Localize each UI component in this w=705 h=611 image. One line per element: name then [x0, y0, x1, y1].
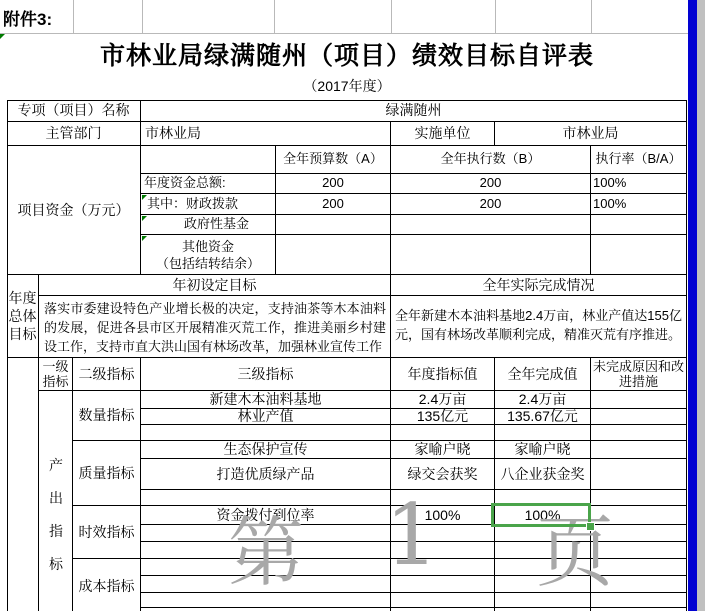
- indicator-name-cell[interactable]: 打造优质绿产品: [141, 459, 391, 490]
- cell-flag-icon: [0, 34, 5, 39]
- gridline: [391, 0, 392, 33]
- page-break-boundary[interactable]: [688, 0, 697, 611]
- funding-row-label-cell[interactable]: 其他资金 （包括结转结余）: [141, 235, 276, 275]
- page-subtitle-cell[interactable]: （2017年度）: [7, 76, 687, 96]
- project-name-label-cell[interactable]: 专项（项目）名称: [7, 100, 141, 122]
- gridline: [591, 0, 592, 33]
- indicator-name-cell[interactable]: 林业产值: [141, 409, 391, 425]
- initial-goal-text-cell[interactable]: 落实市委建设特色产业增长极的决定，支持油茶等木本油料的发展，促进各县市区开展精准…: [39, 296, 391, 358]
- indicator-done-cell[interactable]: 八企业获金奖: [495, 459, 591, 490]
- table-cell[interactable]: [591, 459, 687, 490]
- spreadsheet-page: { "page": { "attachment_label": "附件3:", …: [0, 0, 705, 611]
- cell-flag-icon: [142, 216, 147, 221]
- cell-flag-icon: [142, 195, 147, 200]
- indicator-group-cell[interactable]: 质量指标: [73, 441, 141, 506]
- outside-print-area: [697, 0, 705, 611]
- table-cell[interactable]: [591, 391, 687, 409]
- funding-row-label-cell[interactable]: 其中：财政拨款: [141, 194, 276, 215]
- actual-result-text-cell[interactable]: 全年新建木本油料基地2.4万亩，林业产值达155亿元，国有林场改革顺利完成，精准…: [391, 296, 687, 358]
- indicator-target-cell[interactable]: 家喻户晓: [391, 441, 495, 459]
- indicator-level1-cell[interactable]: 产出指标: [39, 391, 73, 611]
- indicator-reason-header-cell[interactable]: 未完成原因和改进措施: [591, 358, 687, 391]
- impl-label-cell[interactable]: 实施单位: [391, 122, 495, 146]
- attachment-label-cell[interactable]: 附件3:: [3, 5, 52, 30]
- funding-col-exec-cell[interactable]: 全年执行数（B）: [391, 146, 591, 174]
- table-cell[interactable]: [141, 146, 276, 174]
- gridline: [495, 0, 496, 33]
- annual-goal-section-cell[interactable]: 年度总体目标: [7, 275, 39, 358]
- indicator-done-cell[interactable]: 家喻户晓: [495, 441, 591, 459]
- watermark-char: 1: [385, 486, 438, 584]
- table-cell[interactable]: [495, 425, 591, 441]
- gridline: [0, 33, 688, 34]
- fill-handle[interactable]: [586, 522, 595, 531]
- dept-cell[interactable]: 市林业局: [141, 122, 391, 146]
- indicator-l2-header-cell[interactable]: 二级指标: [73, 358, 141, 391]
- indicator-done-cell[interactable]: 2.4万亩: [495, 391, 591, 409]
- table-cell[interactable]: [276, 215, 391, 235]
- table-cell[interactable]: [391, 593, 495, 608]
- indicator-l1-header-cell[interactable]: 一级指标: [39, 358, 73, 391]
- cell-flag-icon: [142, 236, 147, 241]
- funding-rate-cell[interactable]: 100%: [591, 194, 687, 215]
- table-cell[interactable]: [591, 441, 687, 459]
- selection-border[interactable]: [491, 503, 591, 527]
- indicator-group-cell[interactable]: 数量指标: [73, 391, 141, 441]
- funding-exec-cell[interactable]: 200: [391, 194, 591, 215]
- gridline: [142, 0, 143, 33]
- funding-col-budget-cell[interactable]: 全年预算数（A）: [276, 146, 391, 174]
- indicator-name-cell[interactable]: 生态保护宣传: [141, 441, 391, 459]
- indicator-name-cell[interactable]: 新建木本油料基地: [141, 391, 391, 409]
- table-cell[interactable]: [591, 425, 687, 441]
- project-name-cell[interactable]: 绿满随州: [141, 100, 687, 122]
- table-cell[interactable]: [591, 409, 687, 425]
- indicator-target-cell[interactable]: 2.4万亩: [391, 391, 495, 409]
- indicator-group-cell[interactable]: 成本指标: [73, 559, 141, 611]
- indicator-l3-header-cell[interactable]: 三级指标: [141, 358, 391, 391]
- impl-cell[interactable]: 市林业局: [495, 122, 687, 146]
- funding-col-rate-cell[interactable]: 执行率（B/A）: [591, 146, 687, 174]
- table-cell[interactable]: [591, 215, 687, 235]
- gridline: [274, 0, 275, 33]
- funding-exec-cell[interactable]: 200: [391, 174, 591, 194]
- table-cell[interactable]: [391, 425, 495, 441]
- dept-label-cell[interactable]: 主管部门: [7, 122, 141, 146]
- page-title-cell[interactable]: 市林业局绿满随州（项目）绩效目标自评表: [7, 36, 687, 72]
- indicator-done-cell[interactable]: 135.67亿元: [495, 409, 591, 425]
- watermark-char: 第: [228, 492, 304, 601]
- table-cell[interactable]: [7, 358, 39, 611]
- table-cell[interactable]: [276, 235, 391, 275]
- table-cell[interactable]: [391, 235, 591, 275]
- table-cell[interactable]: [591, 235, 687, 275]
- indicator-done-header-cell[interactable]: 全年完成值: [495, 358, 591, 391]
- funding-budget-cell[interactable]: 200: [276, 194, 391, 215]
- funding-rate-cell[interactable]: 100%: [591, 174, 687, 194]
- funding-row-label-cell[interactable]: 政府性基金: [141, 215, 276, 235]
- indicator-target-cell[interactable]: 135亿元: [391, 409, 495, 425]
- indicator-group-cell[interactable]: 时效指标: [73, 506, 141, 559]
- table-cell[interactable]: [141, 425, 391, 441]
- gridline: [73, 0, 74, 33]
- initial-goal-header-cell[interactable]: 年初设定目标: [39, 275, 391, 296]
- funding-section-label-cell[interactable]: 项目资金（万元）: [7, 146, 141, 275]
- funding-row-label-cell[interactable]: 年度资金总额:: [141, 174, 276, 194]
- indicator-target-header-cell[interactable]: 年度指标值: [391, 358, 495, 391]
- funding-budget-cell[interactable]: 200: [276, 174, 391, 194]
- table-cell[interactable]: [391, 215, 591, 235]
- actual-result-header-cell[interactable]: 全年实际完成情况: [391, 275, 687, 296]
